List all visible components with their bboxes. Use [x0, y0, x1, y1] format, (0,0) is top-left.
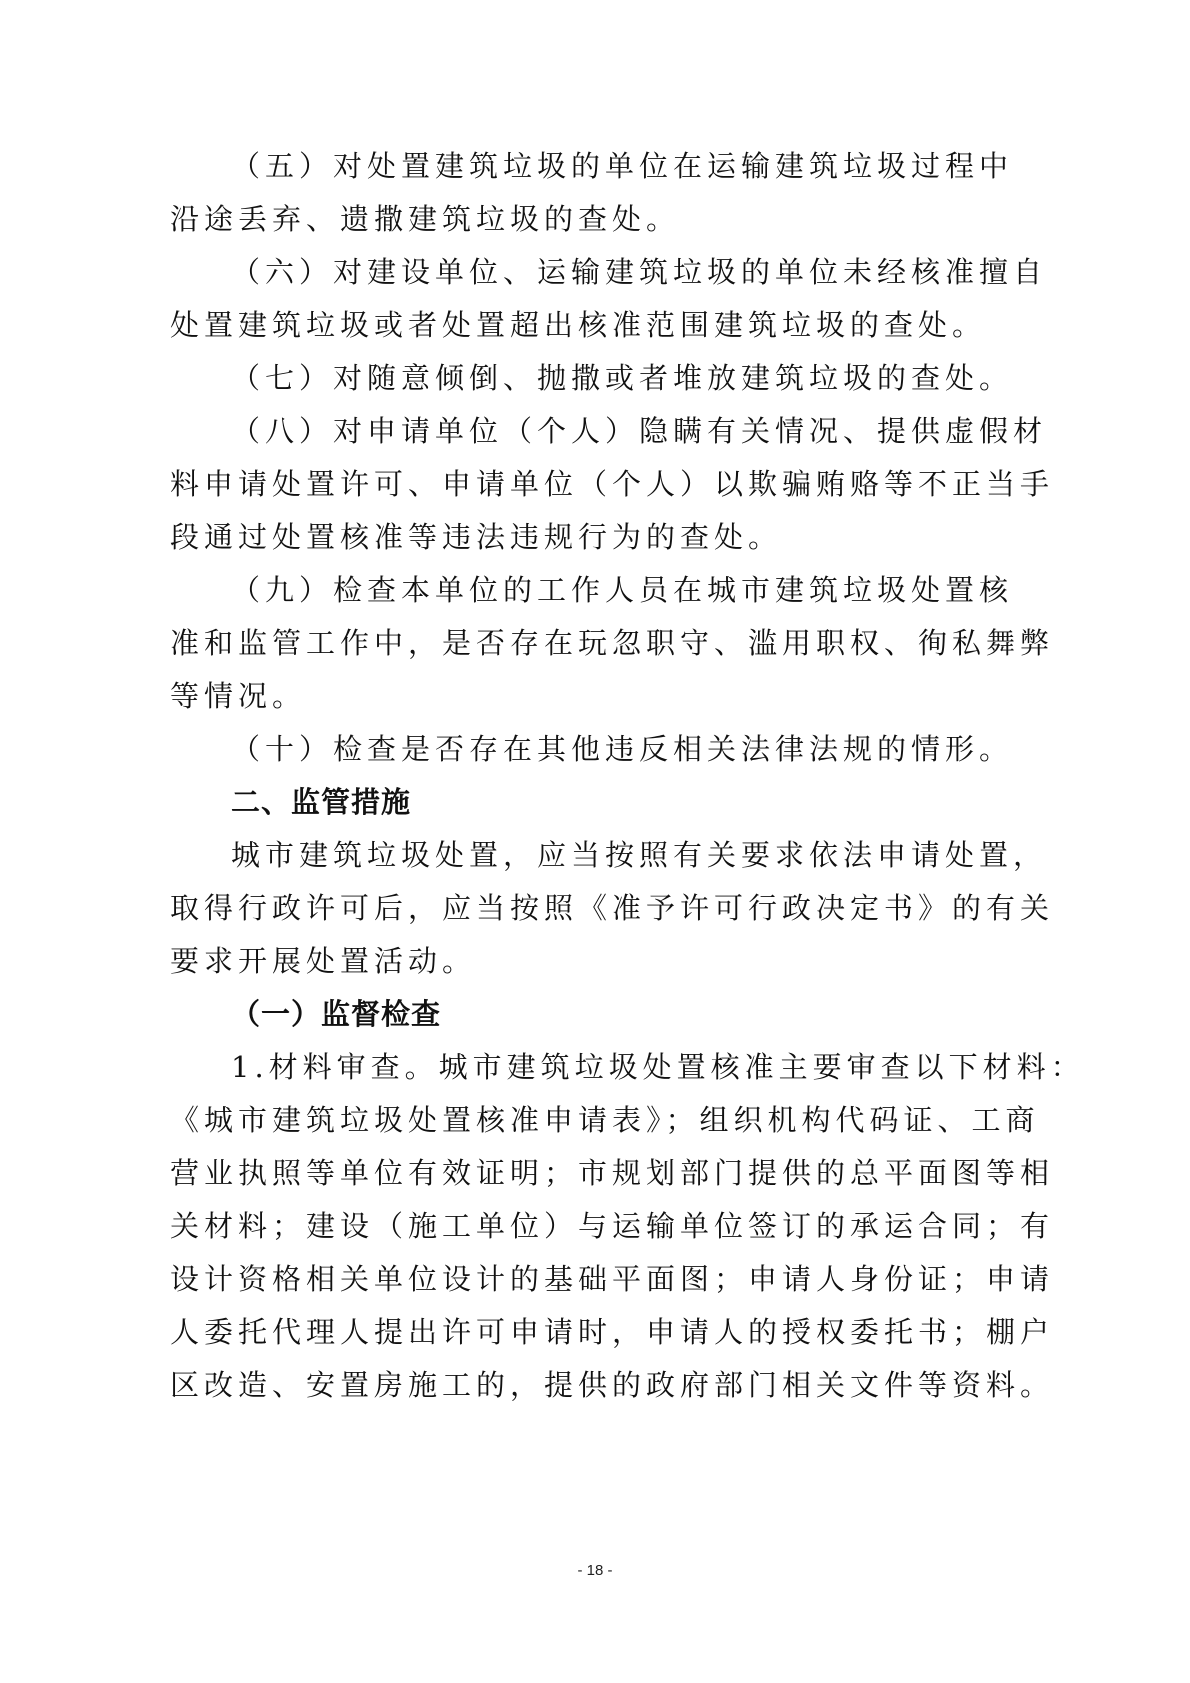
text-line: 区改造、安置房施工的，提供的政府部门相关文件等资料。	[170, 1359, 942, 1412]
paragraph-item-8: （八）对申请单位（个人）隐瞒有关情况、提供虚假材 料申请处置许可、申请单位（个人…	[170, 405, 942, 564]
paragraph-item-9: （九）检查本单位的工作人员在城市建筑垃圾处置核 准和监管工作中，是否存在玩忽职守…	[170, 564, 942, 723]
text-line: 1.材料审查。城市建筑垃圾处置核准主要审查以下材料：	[170, 1041, 942, 1094]
section-heading: 二、监管措施	[170, 776, 942, 829]
text-line: 《城市建筑垃圾处置核准申请表》；组织机构代码证、工商	[170, 1094, 942, 1147]
text-line: 城市建筑垃圾处置，应当按照有关要求依法申请处置，	[170, 829, 942, 882]
text-line: 等情况。	[170, 670, 942, 723]
text-line: 取得行政许可后，应当按照《准予许可行政决定书》的有关	[170, 882, 942, 935]
text-line: 料申请处置许可、申请单位（个人）以欺骗贿赂等不正当手	[170, 458, 942, 511]
materials-paragraph: 1.材料审查。城市建筑垃圾处置核准主要审查以下材料： 《城市建筑垃圾处置核准申请…	[170, 1041, 942, 1412]
text-line: 设计资格相关单位设计的基础平面图；申请人身份证；申请	[170, 1253, 942, 1306]
subsection-heading: （一）监督检查	[170, 988, 942, 1041]
text-line: 处置建筑垃圾或者处置超出核准范围建筑垃圾的查处。	[170, 299, 942, 352]
text-line: （五）对处置建筑垃圾的单位在运输建筑垃圾过程中	[170, 140, 942, 193]
document-page: （五）对处置建筑垃圾的单位在运输建筑垃圾过程中 沿途丢弃、遗撒建筑垃圾的查处。 …	[0, 0, 1190, 1683]
text-line: 人委托代理人提出许可申请时，申请人的授权委托书；棚户	[170, 1306, 942, 1359]
text-line: 要求开展处置活动。	[170, 935, 942, 988]
paragraph-item-5: （五）对处置建筑垃圾的单位在运输建筑垃圾过程中 沿途丢弃、遗撒建筑垃圾的查处。	[170, 140, 942, 246]
section-intro-paragraph: 城市建筑垃圾处置，应当按照有关要求依法申请处置， 取得行政许可后，应当按照《准予…	[170, 829, 942, 988]
paragraph-item-6: （六）对建设单位、运输建筑垃圾的单位未经核准擅自 处置建筑垃圾或者处置超出核准范…	[170, 246, 942, 352]
text-line: （十）检查是否存在其他违反相关法律法规的情形。	[170, 723, 942, 776]
paragraph-item-7: （七）对随意倾倒、抛撒或者堆放建筑垃圾的查处。	[170, 352, 942, 405]
text-line: 关材料；建设（施工单位）与运输单位签订的承运合同；有	[170, 1200, 942, 1253]
page-number: - 18 -	[0, 1562, 1190, 1579]
text-line: （七）对随意倾倒、抛撒或者堆放建筑垃圾的查处。	[170, 352, 942, 405]
text-line: 沿途丢弃、遗撒建筑垃圾的查处。	[170, 193, 942, 246]
text-line: 准和监管工作中，是否存在玩忽职守、滥用职权、徇私舞弊	[170, 617, 942, 670]
text-line: （九）检查本单位的工作人员在城市建筑垃圾处置核	[170, 564, 942, 617]
paragraph-item-10: （十）检查是否存在其他违反相关法律法规的情形。	[170, 723, 942, 776]
page-body: （五）对处置建筑垃圾的单位在运输建筑垃圾过程中 沿途丢弃、遗撒建筑垃圾的查处。 …	[170, 140, 942, 1412]
text-line: 段通过处置核准等违法违规行为的查处。	[170, 511, 942, 564]
text-line: （八）对申请单位（个人）隐瞒有关情况、提供虚假材	[170, 405, 942, 458]
text-line: 营业执照等单位有效证明；市规划部门提供的总平面图等相	[170, 1147, 942, 1200]
text-line: （六）对建设单位、运输建筑垃圾的单位未经核准擅自	[170, 246, 942, 299]
